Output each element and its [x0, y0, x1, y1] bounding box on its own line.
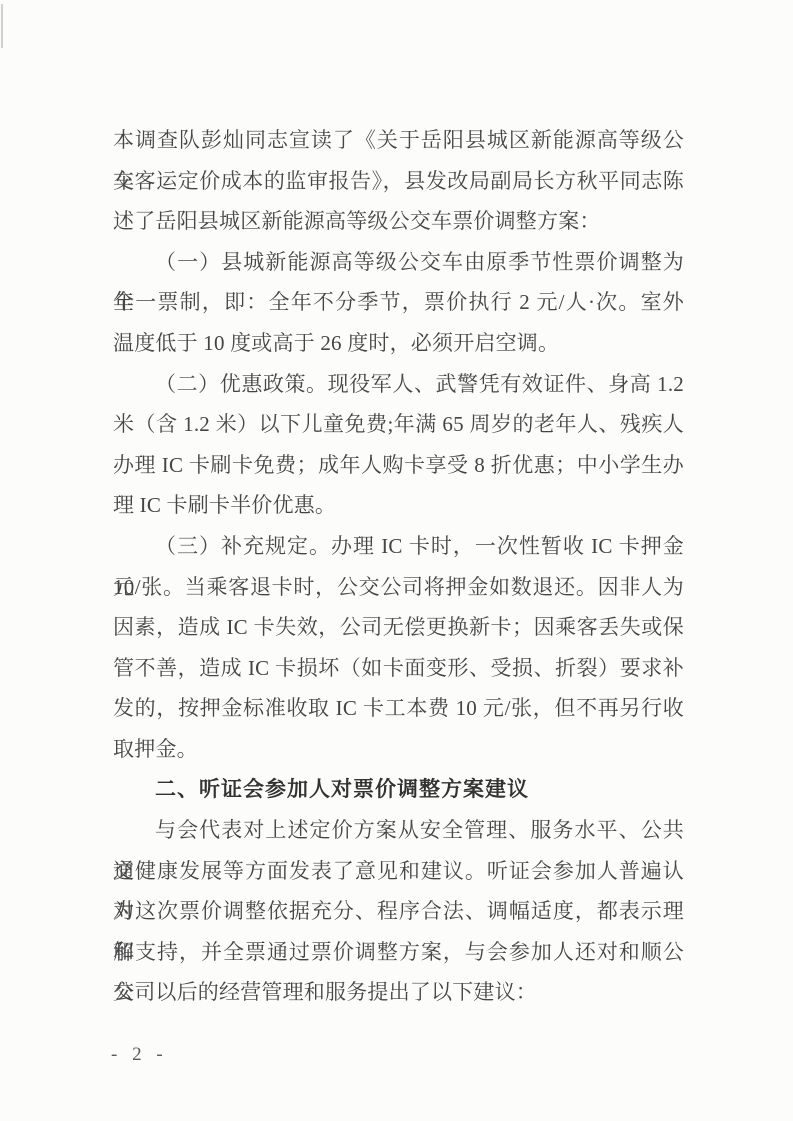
text-line: 对这次票价调整依据充分、程序合法、调幅适度，都表示理解: [113, 891, 684, 932]
text-line: 通健康发展等方面发表了意见和建议。听证会参加人普遍认为: [113, 851, 684, 892]
text-line: 元/张。当乘客退卡时，公交公司将押金如数退还。因非人为: [113, 567, 684, 608]
text-line: 因素，造成 IC 卡失效，公司无偿更换新卡；因乘客丢失或保: [113, 607, 684, 648]
text-line: 与会代表对上述定价方案从安全管理、服务水平、公共交: [113, 810, 684, 851]
text-line: 公司以后的经营管理和服务提出了以下建议：: [113, 972, 684, 1013]
text-line: 发的，按押金标准收取 IC 卡工本费 10 元/张，但不再另行收: [113, 688, 684, 729]
text-line: 米（含 1.2 米）以下儿童免费;年满 65 周岁的老年人、残疾人: [113, 404, 684, 445]
text-line: （三）补充规定。办理 IC 卡时，一次性暂收 IC 卡押金 10: [113, 526, 684, 567]
text-line: 办理 IC 卡刷卡免费；成年人购卡享受 8 折优惠；中小学生办: [113, 445, 684, 486]
page-number: - 2 -: [111, 1044, 168, 1066]
text-line: 本调查队彭灿同志宣读了《关于岳阳县城区新能源高等级公交: [113, 120, 684, 161]
text-line: （二）优惠政策。现役军人、武警凭有效证件、身高 1.2: [113, 364, 684, 405]
section-heading: 二、听证会参加人对票价调整方案建议: [113, 770, 684, 811]
text-line: 车客运定价成本的监审报告》，县发改局副局长方秋平同志陈: [113, 161, 684, 202]
text-line: （一）县城新能源高等级公交车由原季节性票价调整为全: [113, 242, 684, 283]
text-line: 述了岳阳县城区新能源高等级公交车票价调整方案：: [113, 201, 684, 242]
text-line: 理 IC 卡刷卡半价优惠。: [113, 485, 684, 526]
text-line: 取押金。: [113, 729, 684, 770]
scan-artifact-line: [1, 4, 3, 48]
document-body: 本调查队彭灿同志宣读了《关于岳阳县城区新能源高等级公交 车客运定价成本的监审报告…: [113, 120, 684, 1013]
text-line: 和支持，并全票通过票价调整方案，与会参加人还对和顺公交: [113, 932, 684, 973]
text-line: 年一票制，即：全年不分季节，票价执行 2 元/人·次。室外: [113, 282, 684, 323]
text-line: 温度低于 10 度或高于 26 度时，必须开启空调。: [113, 323, 684, 364]
text-line: 管不善，造成 IC 卡损坏（如卡面变形、受损、折裂）要求补: [113, 648, 684, 689]
